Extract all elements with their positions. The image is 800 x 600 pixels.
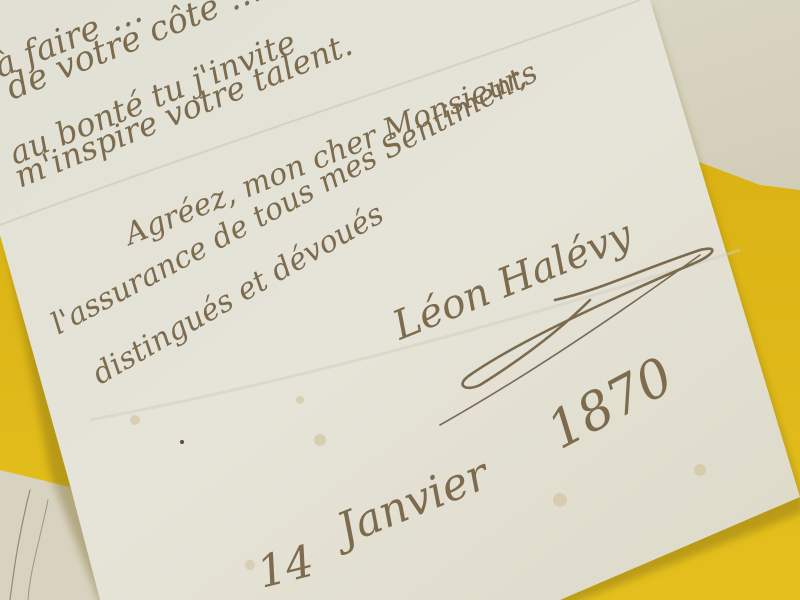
- letter-photo: à faire … de votre côté … au bonté tu j'…: [0, 0, 800, 600]
- scene-svg: à faire … de votre côté … au bonté tu j'…: [0, 0, 800, 600]
